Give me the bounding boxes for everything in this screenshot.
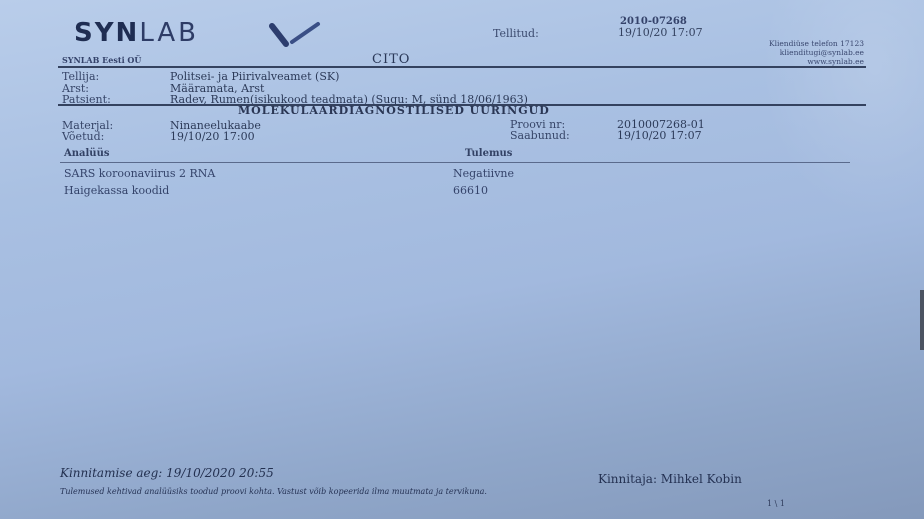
company-name: SYNLAB Eesti OÜ xyxy=(62,55,141,65)
logo-text-light: LAB xyxy=(139,18,199,48)
taken-value: 19/10/20 17:00 xyxy=(170,130,255,143)
synlab-mark-icon xyxy=(268,20,324,48)
synlab-logo: SYNLAB xyxy=(74,18,199,48)
section-title: MOLEKULAARDIAGNOSTILISED UURINGUD xyxy=(238,104,550,117)
contact-web: www.synlab.ee xyxy=(769,57,864,66)
table-header-divider xyxy=(60,162,850,163)
contact-block: Kliendiüse telefon 17123 klienditugi@syn… xyxy=(769,39,864,66)
column-header-result: Tulemus xyxy=(465,148,512,159)
taken-label: Võetud: xyxy=(62,130,104,143)
ordered-label: Tellitud: xyxy=(493,27,539,40)
column-header-analysis: Analüüs xyxy=(64,148,109,159)
logo-text-bold: SYN xyxy=(74,18,139,48)
table-row-result: 66610 xyxy=(453,184,488,197)
confirmation-time: Kinnitamise aeg: 19/10/2020 20:55 xyxy=(60,466,274,480)
paper-edge-shadow xyxy=(920,290,924,350)
priority-label: CITO xyxy=(372,52,410,67)
header-divider xyxy=(58,66,866,68)
contact-phone: Kliendiüse telefon 17123 xyxy=(769,39,864,48)
page-number: 1 \ 1 xyxy=(767,499,785,508)
contact-email: klienditugi@synlab.ee xyxy=(769,48,864,57)
received-value: 19/10/20 17:07 xyxy=(617,129,702,142)
lab-report-sheet: SYNLAB SYNLAB Eesti OÜ CITO 2010-07268 T… xyxy=(0,0,924,519)
ordered-value: 19/10/20 17:07 xyxy=(618,26,703,39)
received-label: Saabunud: xyxy=(510,129,570,142)
table-row-analysis: Haigekassa koodid xyxy=(64,184,169,197)
table-row-analysis: SARS koroonaviirus 2 RNA xyxy=(64,167,215,180)
photo-glare xyxy=(760,0,924,220)
table-row-result: Negatiivne xyxy=(453,167,514,180)
validity-note: Tulemused kehtivad analüüsiks toodud pro… xyxy=(60,487,487,496)
confirmer: Kinnitaja: Mihkel Kobin xyxy=(598,472,742,486)
